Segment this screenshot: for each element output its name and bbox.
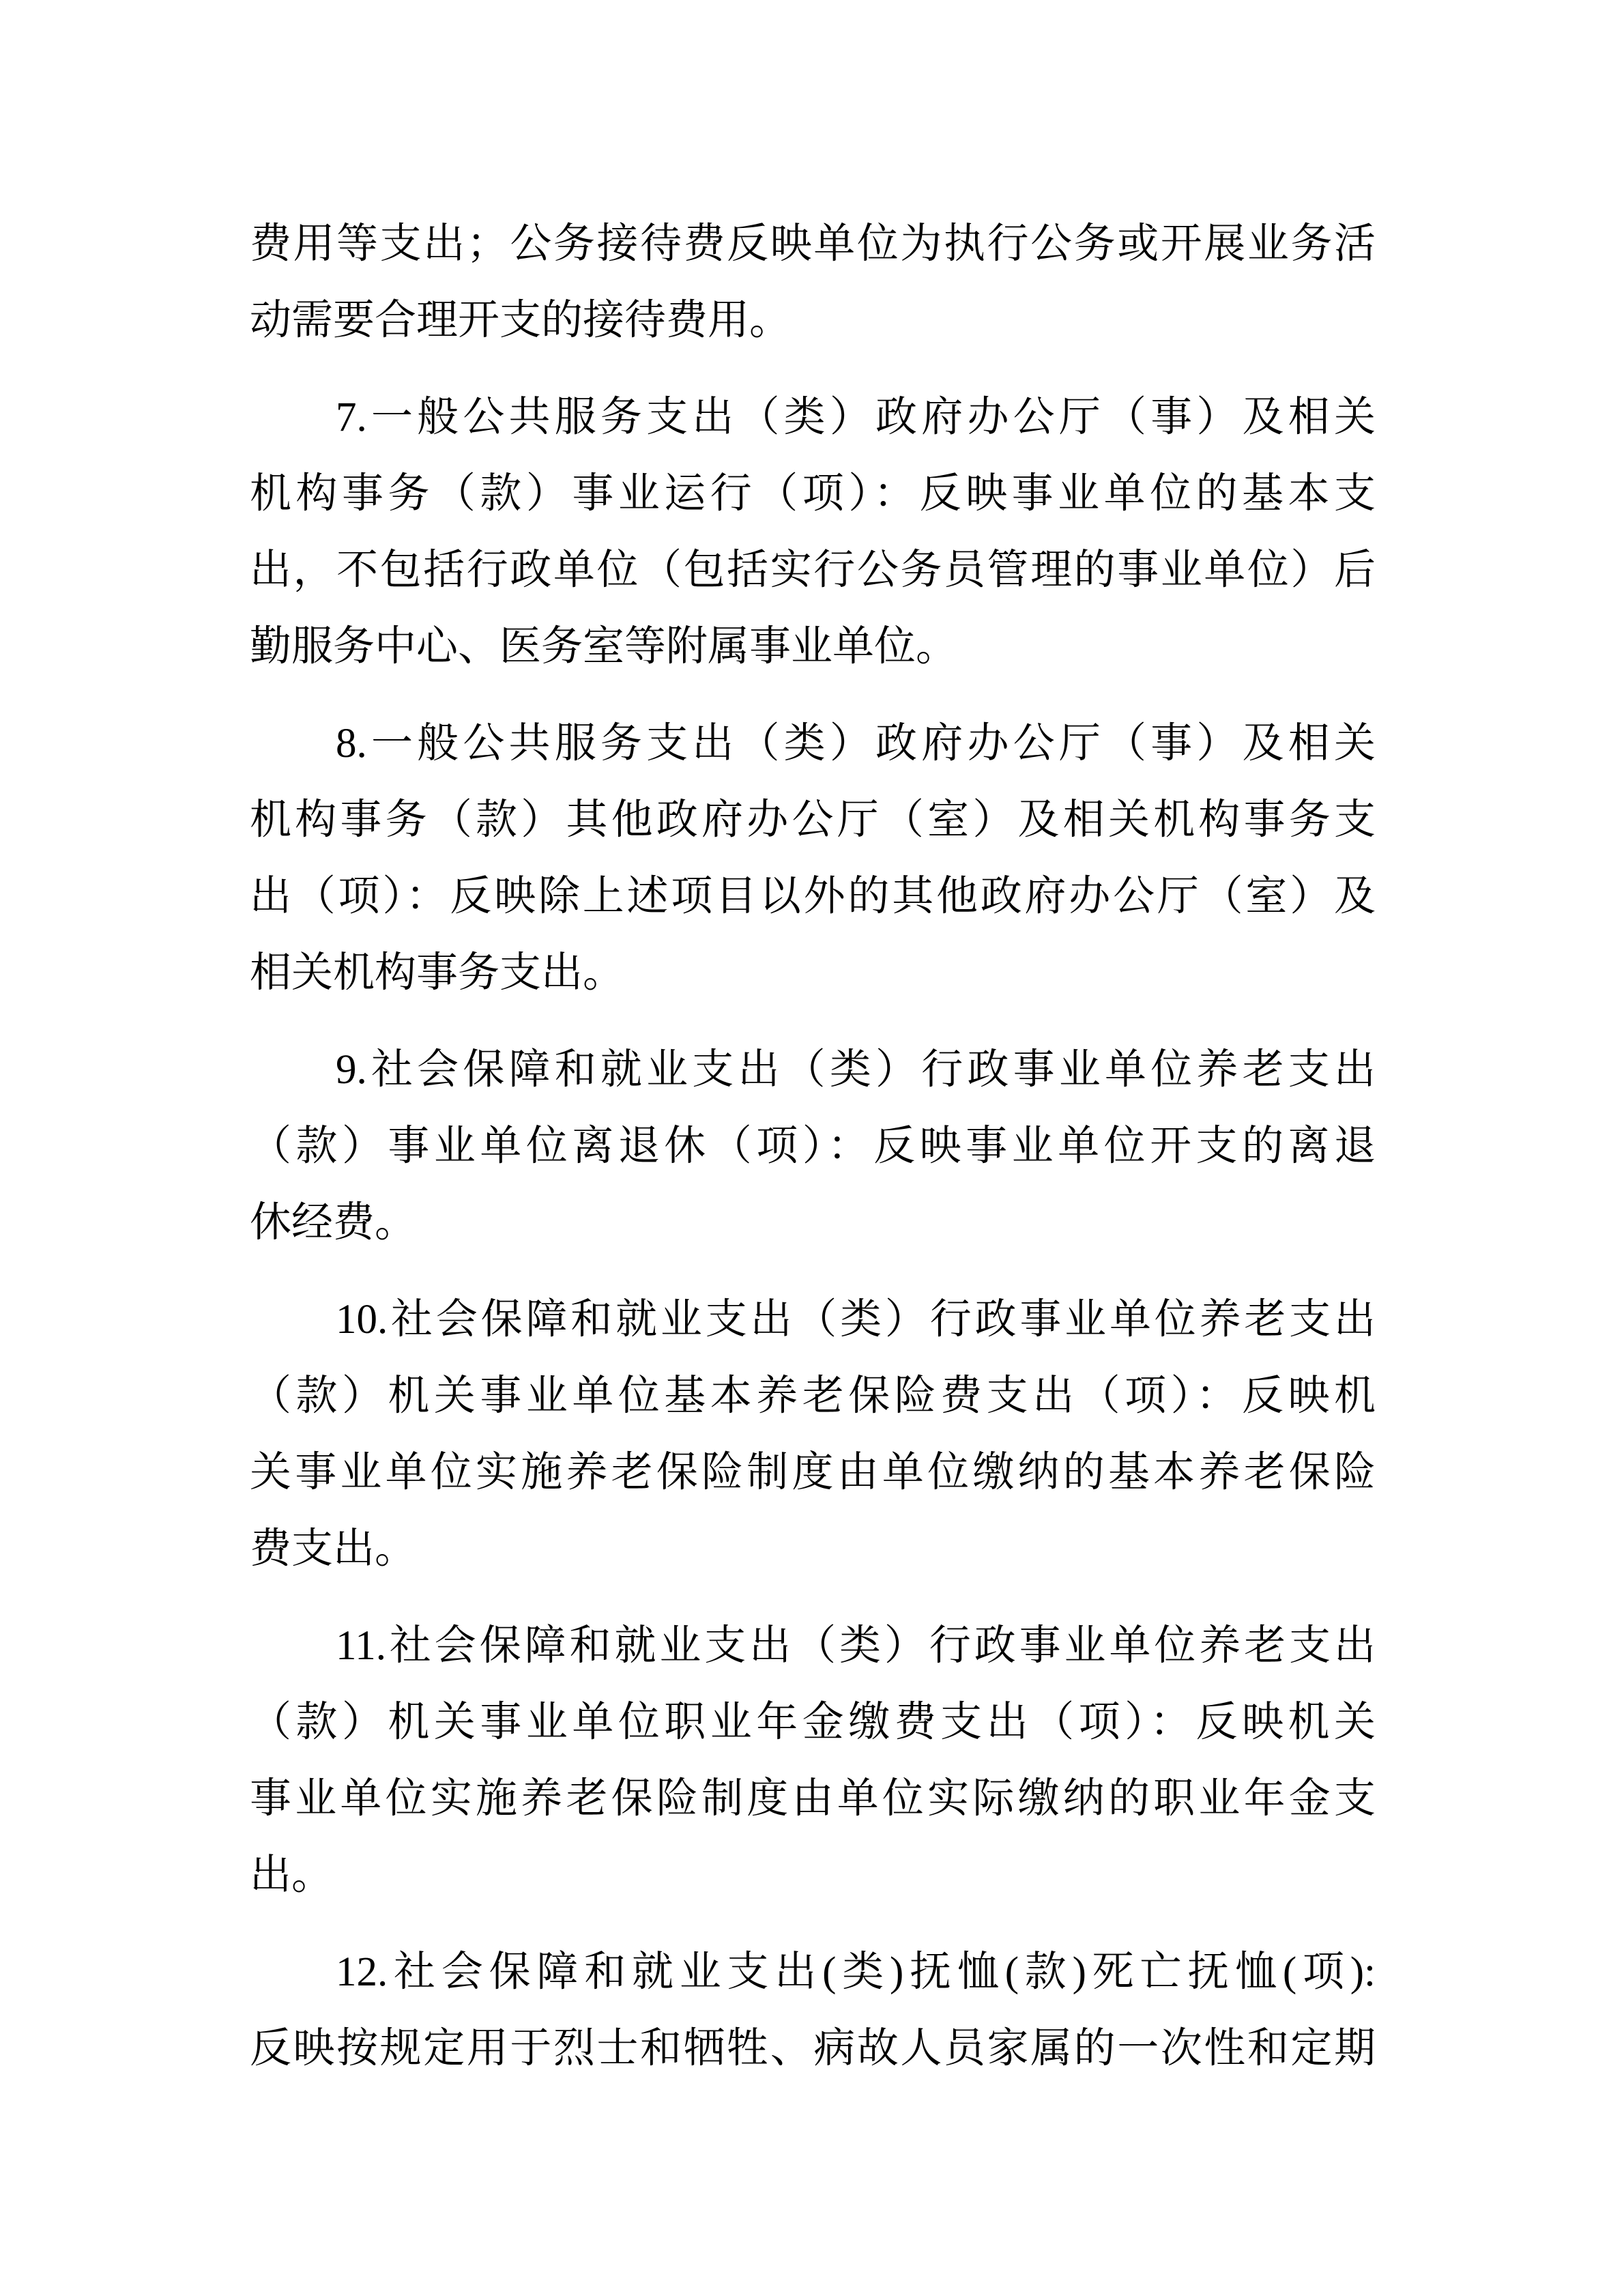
text-line: 出（项）：反映除上述项目以外的其他政府办公厅（室）及 (250, 859, 1376, 935)
text-line: （款）机关事业单位职业年金缴费支出（项）：反映机关 (250, 1684, 1376, 1761)
text-line: 10.社会保障和就业支出（类）行政事业单位养老支出 (250, 1282, 1376, 1358)
text-line: 费用等支出；公务接待费反映单位为执行公务或开展业务活 (250, 206, 1376, 283)
text-line: （款）事业单位离退休（项）：反映事业单位开支的离退 (250, 1108, 1376, 1185)
text-line: 7.一般公共服务支出（类）政府办公厅（事）及相关 (250, 379, 1376, 456)
text-line: 机构事务（款）其他政府办公厅（室）及相关机构事务支 (250, 782, 1376, 859)
paragraph-item-8: 8.一般公共服务支出（类）政府办公厅（事）及相关 机构事务（款）其他政府办公厅（… (250, 706, 1376, 1011)
paragraph-item-9: 9.社会保障和就业支出（类）行政事业单位养老支出 （款）事业单位离退休（项）：反… (250, 1032, 1376, 1261)
paragraph-item-10: 10.社会保障和就业支出（类）行政事业单位养老支出 （款）机关事业单位基本养老保… (250, 1282, 1376, 1588)
text-line: 勤服务中心、医务室等附属事业单位。 (250, 609, 1376, 685)
text-line: 9.社会保障和就业支出（类）行政事业单位养老支出 (250, 1032, 1376, 1108)
text-line: （款）机关事业单位基本养老保险费支出（项）：反映机 (250, 1358, 1376, 1435)
text-line: 出。 (250, 1837, 1376, 1914)
text-line: 出，不包括行政单位（包括实行公务员管理的事业单位）后 (250, 532, 1376, 609)
text-line: 8.一般公共服务支出（类）政府办公厅（事）及相关 (250, 706, 1376, 782)
document-page: 费用等支出；公务接待费反映单位为执行公务或开展业务活 动需要合理开支的接待费用。… (0, 0, 1624, 2296)
text-line: 动需要合理开支的接待费用。 (250, 283, 1376, 359)
text-line: 事业单位实施养老保险制度由单位实际缴纳的职业年金支 (250, 1761, 1376, 1837)
paragraph-item-11: 11.社会保障和就业支出（类）行政事业单位养老支出 （款）机关事业单位职业年金缴… (250, 1608, 1376, 1914)
paragraph-item-7: 7.一般公共服务支出（类）政府办公厅（事）及相关 机构事务（款）事业运行（项）：… (250, 379, 1376, 685)
text-line: 11.社会保障和就业支出（类）行政事业单位养老支出 (250, 1608, 1376, 1684)
text-line: 休经费。 (250, 1185, 1376, 1261)
text-line: 关事业单位实施养老保险制度由单位缴纳的基本养老保险 (250, 1435, 1376, 1511)
paragraph-continuation: 费用等支出；公务接待费反映单位为执行公务或开展业务活 动需要合理开支的接待费用。 (250, 206, 1376, 359)
paragraph-item-12: 12.社会保障和就业支出(类)抚恤(款)死亡抚恤(项): 反映按规定用于烈士和牺… (250, 1934, 1376, 2087)
text-line: 相关机构事务支出。 (250, 935, 1376, 1011)
text-line: 机构事务（款）事业运行（项）：反映事业单位的基本支 (250, 456, 1376, 532)
text-line: 费支出。 (250, 1511, 1376, 1588)
text-line: 反映按规定用于烈士和牺牲、病故人员家属的一次性和定期 (250, 2011, 1376, 2087)
text-line: 12.社会保障和就业支出(类)抚恤(款)死亡抚恤(项): (250, 1934, 1376, 2011)
